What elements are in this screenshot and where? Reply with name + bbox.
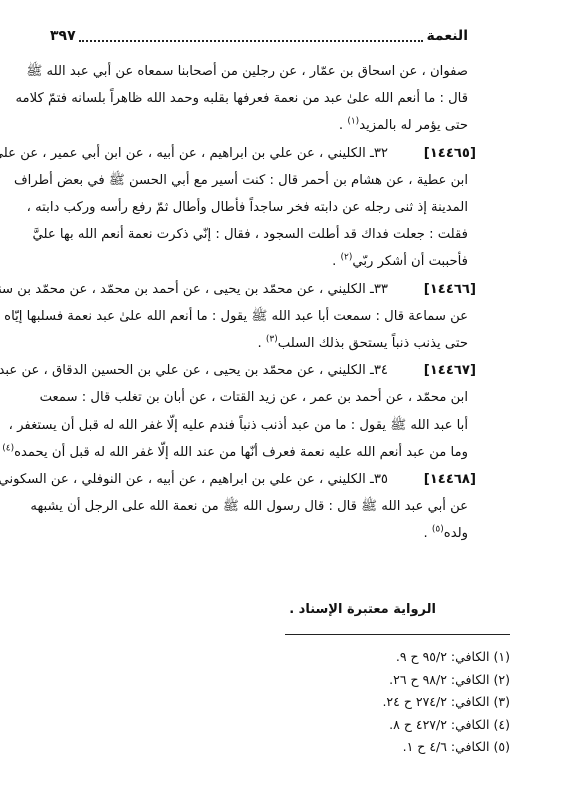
text-line: حتى يؤمر له بالمزيد(١) .: [52, 112, 468, 139]
dotted-leader: [79, 30, 424, 42]
hadith-14466: [١٤٤٦٦] ٣٣ـ الكليني ، عن محمّد بن يحيى ،…: [52, 276, 468, 358]
sentence-end: .: [257, 336, 265, 351]
text-line-content: ولده: [444, 526, 468, 541]
text-line: المدينة إذ ثنى رجله عن دابته فخر ساجداً …: [52, 194, 468, 221]
body-text: صفوان ، عن اسحاق بن عمّار ، عن رجلين من …: [52, 58, 468, 548]
text-line: أبا عبد الله ﷺ يقول : ما من عبد أذنب ذنب…: [52, 412, 468, 439]
hadith-id: [١٤٤٦٨]: [424, 466, 476, 493]
sentence-end: .: [332, 254, 340, 269]
text-line: ابن عطية ، عن هشام بن أحمر قال : كنت أسي…: [52, 167, 468, 194]
text-line: وما من عبد أنعم الله عليه نعمة فعرف أنّه…: [52, 439, 468, 466]
footnote-3: (٣) الكافي: ٢٧٤/٢ ح ٢٤.: [382, 691, 510, 714]
text-line: ٣٣ـ الكليني ، عن محمّد بن يحيى ، عن أحمد…: [52, 276, 476, 303]
footnote-ref[interactable]: (٣): [266, 335, 278, 345]
text-line: صفوان ، عن اسحاق بن عمّار ، عن رجلين من …: [52, 58, 468, 85]
text-line-content: حتى يذنب ذنباً يستحق بذلك السلب: [278, 336, 468, 351]
page-number: ٣٩٧: [50, 28, 76, 44]
text-line: فقلت : جعلت فداك قد أطلت السجود ، فقال :…: [52, 221, 468, 248]
hadith-14467: [١٤٤٦٧] ٣٤ـ الكليني ، عن محمّد بن يحيى ،…: [52, 357, 468, 466]
text-line: عن أبي عبد الله ﷺ قال : قال رسول الله ﷺ …: [52, 493, 468, 520]
footnote-ref[interactable]: (٤): [2, 443, 14, 453]
hadith-id: [١٤٤٦٥]: [424, 140, 476, 167]
hadith-14468: [١٤٤٦٨] ٣٥ـ الكليني ، عن علي بن ابراهيم …: [52, 466, 468, 548]
footnote-ref[interactable]: (٢): [341, 253, 353, 263]
footnote-4: (٤) الكافي: ٤٢٧/٢ ح ٨.: [382, 714, 510, 737]
opening-fragment: صفوان ، عن اسحاق بن عمّار ، عن رجلين من …: [52, 58, 468, 140]
text-line: ٣٤ـ الكليني ، عن محمّد بن يحيى ، عن علي …: [52, 357, 476, 384]
text-line: ابن محمّد ، عن أحمد بن عمر ، عن زيد القت…: [52, 384, 468, 411]
book-page: النعمة ٣٩٧ صفوان ، عن اسحاق بن عمّار ، ع…: [0, 0, 566, 795]
hadith-id: [١٤٤٦٧]: [424, 357, 476, 384]
running-header: النعمة ٣٩٧: [50, 26, 468, 46]
text-line: عن سماعة قال : سمعت أبا عبد الله ﷺ يقول …: [52, 303, 468, 330]
footnote-ref[interactable]: (٥): [432, 525, 444, 535]
text-line-content: فأحببت أن أشكر ربّي: [352, 254, 468, 269]
hadith-id: [١٤٤٦٦]: [424, 276, 476, 303]
text-line: قال : ما أنعم الله علىٰ عبد من نعمة فعرف…: [52, 85, 468, 112]
footnote-2: (٢) الكافي: ٩٨/٢ ح ٢٦.: [382, 669, 510, 692]
chapter-title: النعمة: [426, 28, 468, 44]
text-line: ٣٢ـ الكليني ، عن علي بن ابراهيم ، عن أبي…: [52, 140, 476, 167]
hadith-14465: [١٤٤٦٥] ٣٢ـ الكليني ، عن علي بن ابراهيم …: [52, 140, 468, 276]
text-line-content: حتى يؤمر له بالمزيد: [359, 118, 468, 133]
text-line-content: وما من عبد أنعم الله عليه نعمة فعرف أنّه…: [14, 445, 468, 460]
text-line: حتى يذنب ذنباً يستحق بذلك السلب(٣) .: [52, 330, 468, 357]
footnote-5: (٥) الكافي: ٤/٦ ح ١.: [382, 736, 510, 759]
sentence-end: .: [424, 526, 432, 541]
footnote-separator: [285, 634, 510, 635]
footnote-ref[interactable]: (١): [347, 117, 359, 127]
text-line: ولده(٥) .: [52, 520, 468, 547]
text-line: فأحببت أن أشكر ربّي(٢) .: [52, 248, 468, 275]
footnote-1: (١) الكافي: ٩٥/٢ ح ٩.: [382, 646, 510, 669]
text-line: ٣٥ـ الكليني ، عن علي بن ابراهيم ، عن أبي…: [52, 466, 476, 493]
footnotes: (١) الكافي: ٩٥/٢ ح ٩. (٢) الكافي: ٩٨/٢ ح…: [382, 646, 510, 759]
chain-grading-note: الرواية معتبرة الإسناد .: [289, 602, 436, 617]
